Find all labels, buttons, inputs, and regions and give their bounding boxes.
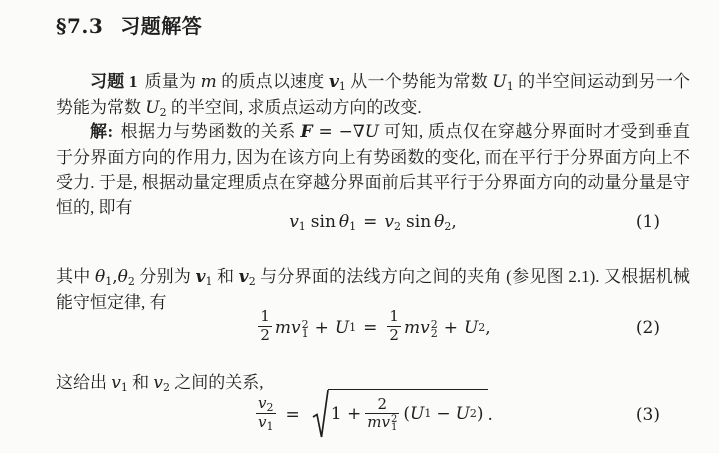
- equals-sign: =: [286, 405, 300, 425]
- math-var-m: m: [404, 318, 420, 338]
- subscript: 1: [391, 424, 397, 432]
- book-page: §7.3习题解答 习题 1质量为 m 的质点以速度 v1 从一个势能为常数 U1…: [0, 0, 719, 453]
- math-var-m: m: [201, 72, 217, 92]
- text-run: 的质点以速度: [217, 72, 329, 91]
- math-var-U1: U: [492, 72, 506, 92]
- math-var-U: U: [456, 404, 470, 424]
- sup-sub-stack: 21: [391, 416, 397, 432]
- subscript: 1: [267, 420, 274, 433]
- math-var-v: v: [420, 318, 430, 338]
- subscript: 2: [431, 329, 438, 338]
- fraction-denominator: mv21: [365, 413, 399, 431]
- fraction-numerator: v2: [256, 395, 275, 412]
- text-run: 的半空间, 求质点运动方向的改变.: [167, 98, 422, 117]
- fraction-denominator: 2: [258, 326, 272, 344]
- solution-label: 解:: [90, 122, 113, 141]
- math-var-theta: θ: [339, 212, 349, 232]
- math-var-v1: v: [196, 267, 206, 287]
- math-var-theta2: θ: [118, 267, 128, 287]
- fraction-numerator: 2: [376, 396, 390, 413]
- equation-1: v1sinθ1=v2sinθ2, (1): [56, 205, 690, 239]
- equation-number: (3): [636, 405, 660, 425]
- minus-sign: −: [436, 404, 450, 424]
- equation-2-body: 12mv21+U1=12mv22+U2,: [255, 310, 490, 346]
- fraction-2-over-mv1sq: 2mv21: [365, 396, 399, 432]
- math-var-U: U: [464, 318, 478, 338]
- text-run: 质量为: [144, 72, 200, 91]
- subscript: 1: [507, 80, 514, 93]
- punctuation: ,: [451, 212, 456, 232]
- open-paren: (: [403, 404, 410, 424]
- subscript: 1: [206, 275, 213, 288]
- math-var: v: [289, 212, 299, 232]
- fraction-denominator: v1: [256, 413, 275, 431]
- math-var-F: F: [301, 122, 313, 142]
- radical-sign-icon: [312, 389, 329, 441]
- section-title: 习题解答: [120, 16, 202, 38]
- sup-sub-stack: 22: [431, 320, 438, 338]
- fraction-denominator: 2: [387, 326, 401, 344]
- subscript: 2: [394, 220, 401, 233]
- text-run: 从一个势能为常数: [346, 72, 493, 91]
- section-heading: §7.3习题解答: [56, 10, 202, 39]
- subscript: 1: [339, 80, 346, 93]
- text-run: 根据力与势函数的关系: [120, 122, 300, 141]
- close-paren: ): [477, 404, 484, 424]
- punctuation: ,: [485, 318, 490, 338]
- math-var: v: [384, 212, 394, 232]
- math-text: 1 +: [331, 404, 361, 424]
- math-var-U2: U: [145, 98, 159, 118]
- page-content: §7.3习题解答 习题 1质量为 m 的质点以速度 v1 从一个势能为常数 U1…: [56, 0, 690, 453]
- fraction-numerator: 1: [387, 308, 401, 325]
- equation-3-body: v2v1=1 +2mv21(U1−U2).: [253, 389, 493, 441]
- math-var-v: v: [381, 413, 389, 431]
- math-var-theta1: θ: [95, 267, 105, 287]
- math-var-v2: v: [239, 267, 249, 287]
- equation-2: 12mv21+U1=12mv22+U2, (2): [56, 303, 690, 353]
- math-fn-sin: sin: [311, 212, 336, 232]
- fraction-v2-over-v1: v2v1: [256, 395, 275, 431]
- subscript: 2: [128, 275, 135, 288]
- equation-number: (2): [636, 318, 660, 338]
- math-relation-nabla: = −∇: [313, 122, 365, 142]
- subscript: 2: [249, 275, 256, 288]
- equals-sign: =: [363, 318, 377, 338]
- math-var-m: m: [275, 318, 291, 338]
- subscript: 2: [160, 106, 167, 119]
- equation-1-body: v1sinθ1=v2sinθ2,: [289, 212, 457, 232]
- fraction-one-half: 12: [387, 308, 401, 344]
- problem-paragraph: 习题 1质量为 m 的质点以速度 v1 从一个势能为常数 U1 的半空间运动到另…: [56, 69, 690, 121]
- math-fn-sin: sin: [406, 212, 431, 232]
- subscript: 1: [299, 220, 306, 233]
- equation-3: v2v1=1 +2mv21(U1−U2). (3): [56, 383, 690, 447]
- plus-sign: +: [444, 318, 458, 338]
- text-run: 分别为: [135, 267, 196, 286]
- equals-sign: =: [363, 212, 377, 232]
- section-number: §7.3: [56, 14, 103, 38]
- math-var-v: v: [291, 318, 301, 338]
- math-var-m: m: [367, 413, 381, 431]
- subscript: 1: [302, 329, 309, 338]
- equation-number: (1): [636, 212, 660, 232]
- problem-label: 习题 1: [90, 72, 137, 91]
- sup-sub-stack: 21: [302, 320, 309, 338]
- fraction-one-half: 12: [258, 308, 272, 344]
- punctuation: .: [488, 405, 493, 425]
- fraction-numerator: 1: [258, 308, 272, 325]
- subscript: 1: [349, 220, 356, 233]
- plus-sign: +: [315, 318, 329, 338]
- math-var-U: U: [335, 318, 349, 338]
- text-run: 其中: [56, 267, 95, 286]
- text-run: 和: [213, 267, 239, 286]
- math-var-v1: v: [329, 72, 339, 92]
- math-var-U: U: [365, 122, 379, 142]
- square-root: 1 +2mv21(U1−U2): [312, 389, 488, 441]
- radicand: 1 +2mv21(U1−U2): [328, 389, 488, 434]
- math-var-theta: θ: [434, 212, 444, 232]
- math-var-U: U: [410, 404, 424, 424]
